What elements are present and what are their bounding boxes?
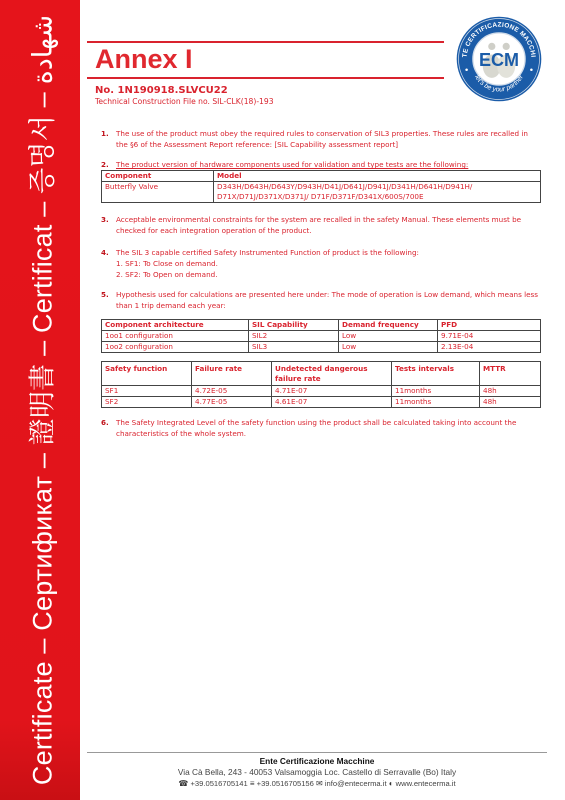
table-row: 1oo2 configuration SIL3 Low 2.13E-04 xyxy=(102,342,541,353)
table-cell: SF2 xyxy=(102,397,192,408)
section-number: 2. xyxy=(101,159,109,170)
section-number: 4. xyxy=(101,247,109,258)
column-header: Undetected dangerous failure rate xyxy=(272,362,392,386)
table-cell: D343H/D643H/D643Y/D943H/D41J/D641J/D941J… xyxy=(214,182,541,203)
safety-function-item: 1. SF1: To Close on demand. xyxy=(116,258,541,269)
column-header: MTTR xyxy=(480,362,541,386)
component-table: Component Model Butterfly Valve D343H/D6… xyxy=(101,170,541,203)
footer-website[interactable]: www.entecerma.it xyxy=(396,779,456,788)
ecm-logo: ECM ENTE CERTIFICAZIONE MACCHINE let's b… xyxy=(454,14,544,104)
column-header: Demand frequency xyxy=(339,320,438,331)
table-cell: 4.71E-07 xyxy=(272,386,392,397)
footer-fax: +39.0516705156 xyxy=(257,779,314,788)
sidebar-multilingual-text: Certificate – Сертификат – 證明書 – Certifi… xyxy=(21,15,60,785)
table-cell: 11months xyxy=(392,397,480,408)
section-1: 1. The use of the product must obey the … xyxy=(101,128,541,150)
table-header-row: Component Model xyxy=(102,171,541,182)
column-header: PFD xyxy=(438,320,541,331)
section-4: 4. The SIL 3 capable certified Safety In… xyxy=(101,247,541,280)
phone-icon: ☎ xyxy=(178,779,188,788)
architecture-table: Component architecture SIL Capability De… xyxy=(101,319,541,353)
column-header: Tests intervals xyxy=(392,362,480,386)
table-row: SF1 4.72E-05 4.71E-07 11months 48h xyxy=(102,386,541,397)
section-number: 6. xyxy=(101,417,109,428)
certificate-number: No. 1N190918.SLVCU22 xyxy=(95,85,228,96)
header-divider-top xyxy=(87,41,444,43)
column-header: Component xyxy=(102,171,214,182)
section-number: 3. xyxy=(101,214,109,225)
section-text: The use of the product must obey the req… xyxy=(116,128,541,150)
table-cell: 4.77E-05 xyxy=(192,397,272,408)
logo-ecm-text: ECM xyxy=(479,50,519,70)
section-6: 6. The Safety Integrated Level of the sa… xyxy=(101,417,541,439)
section-5: 5. Hypothesis used for calculations are … xyxy=(101,289,541,311)
certificate-sidebar: Certificate – Сертификат – 證明書 – Certifi… xyxy=(0,0,80,800)
table-cell: 1oo1 configuration xyxy=(102,331,249,342)
safety-function-item: 2. SF2: To Open on demand. xyxy=(116,269,541,280)
table-cell: Low xyxy=(339,331,438,342)
table-cell: SF1 xyxy=(102,386,192,397)
section-text: The Safety Integrated Level of the safet… xyxy=(116,417,541,439)
table-cell: SIL2 xyxy=(249,331,339,342)
safety-function-table: Safety function Failure rate Undetected … xyxy=(101,361,541,408)
table-cell: 4.72E-05 xyxy=(192,386,272,397)
column-header: Model xyxy=(214,171,541,182)
footer: Ente Certificazione Macchine Via Cà Bell… xyxy=(87,756,547,789)
fax-icon: ≡ xyxy=(250,779,255,788)
column-header: Component architecture xyxy=(102,320,249,331)
footer-contact: ☎ +39.0516705141 ≡ +39.0516705156 ✉ info… xyxy=(87,778,547,789)
table-cell: 48h xyxy=(480,397,541,408)
globe-icon: ◐ xyxy=(389,779,394,788)
section-text: Hypothesis used for calculations are pre… xyxy=(116,289,541,311)
header-divider-bottom xyxy=(87,77,444,79)
page-title: Annex I xyxy=(95,44,193,75)
table-cell: 11months xyxy=(392,386,480,397)
column-header: Safety function xyxy=(102,362,192,386)
table-cell: 9.71E-04 xyxy=(438,331,541,342)
table-cell: 48h xyxy=(480,386,541,397)
footer-phone: +39.0516705141 xyxy=(190,779,247,788)
section-2: 2. The product version of hardware compo… xyxy=(101,159,541,170)
table-cell: 1oo2 configuration xyxy=(102,342,249,353)
column-header: SIL Capability xyxy=(249,320,339,331)
footer-email[interactable]: info@entecerma.it xyxy=(325,779,387,788)
table-cell: Butterfly Valve xyxy=(102,182,214,203)
table-cell: Low xyxy=(339,342,438,353)
table-cell: SIL3 xyxy=(249,342,339,353)
section-number: 5. xyxy=(101,289,109,300)
table-header-row: Component architecture SIL Capability De… xyxy=(102,320,541,331)
footer-address: Via Cà Bella, 243 - 40053 Valsamoggia Lo… xyxy=(87,767,547,778)
footer-organization: Ente Certificazione Macchine xyxy=(87,756,547,767)
column-header: Failure rate xyxy=(192,362,272,386)
table-row: 1oo1 configuration SIL2 Low 9.71E-04 xyxy=(102,331,541,342)
mail-icon: ✉ xyxy=(316,779,323,788)
section-number: 1. xyxy=(101,128,109,139)
table-cell: 4.61E-07 xyxy=(272,397,392,408)
table-row: SF2 4.77E-05 4.61E-07 11months 48h xyxy=(102,397,541,408)
table-header-row: Safety function Failure rate Undetected … xyxy=(102,362,541,386)
section-text: Acceptable environmental constraints for… xyxy=(116,214,541,236)
section-3: 3. Acceptable environmental constraints … xyxy=(101,214,541,236)
section-text: The SIL 3 capable certified Safety Instr… xyxy=(116,247,541,258)
section-text: The product version of hardware componen… xyxy=(116,159,541,170)
table-row: Butterfly Valve D343H/D643H/D643Y/D943H/… xyxy=(102,182,541,203)
technical-file-number: Technical Construction File no. SIL-CLK(… xyxy=(95,97,274,106)
footer-divider xyxy=(87,752,547,753)
table-cell: 2.13E-04 xyxy=(438,342,541,353)
